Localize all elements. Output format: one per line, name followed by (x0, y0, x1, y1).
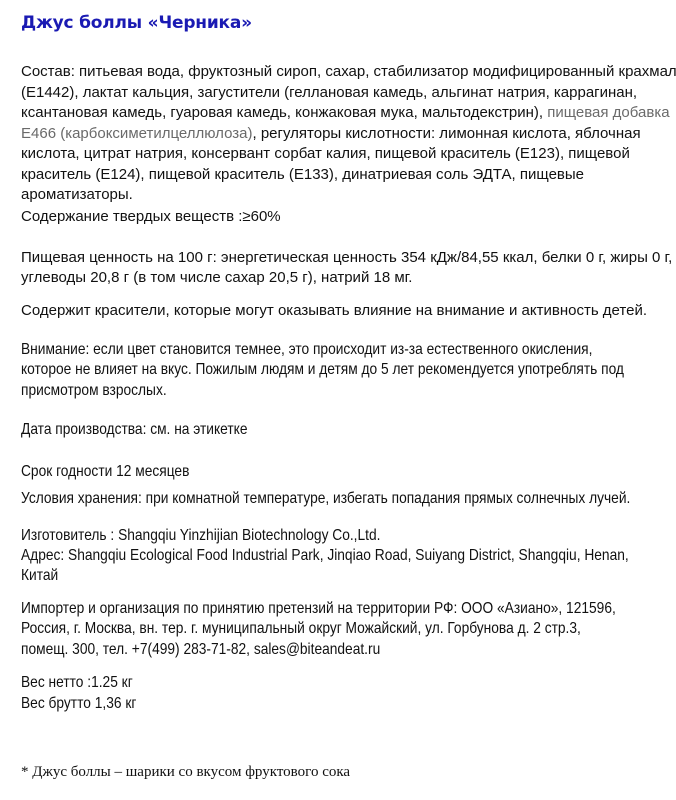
production-date: Дата производства: см. на этикетке (21, 421, 247, 439)
composition-line: E466 (карбоксиметилцеллюлоза), регулятор… (21, 125, 641, 143)
footnote: * Джус боллы – шарики со вкусом фруктово… (21, 764, 350, 781)
composition-line: (E1442), лактат кальция, загустители (ге… (21, 84, 637, 102)
importer-line: Импортер и организация по принятию прете… (21, 600, 616, 618)
composition-text: ксантановая камедь, гуаровая камедь, кон… (21, 104, 547, 121)
composition-line: ароматизаторы. (21, 186, 133, 204)
manufacturer-line: Изготовитель : Shangqiu Yinzhijian Biote… (21, 527, 380, 545)
composition-line: кислота, цитрат натрия, консервант сорба… (21, 145, 630, 163)
storage-conditions: Условия хранения: при комнатной температ… (21, 490, 630, 508)
attention-line: которое не влияет на вкус. Пожилым людям… (21, 361, 624, 379)
composition-line: ксантановая камедь, гуаровая камедь, кон… (21, 104, 670, 122)
importer-line: помещ. 300, тел. +7(499) 283-71-82, sale… (21, 641, 380, 659)
nutrition-line: углеводы 20,8 г (в том числе сахар 20,5 … (21, 269, 412, 287)
importer-line: Россия, г. Москва, вн. тер. г. муниципал… (21, 620, 581, 638)
solids-content: Содержание твердых веществ :≥60% (21, 208, 281, 226)
composition-line: Состав: питьевая вода, фруктозный сироп,… (21, 63, 676, 81)
attention-line: Внимание: если цвет становится темнее, э… (21, 341, 592, 359)
shelf-life: Срок годности 12 месяцев (21, 463, 189, 481)
attention-line: присмотром взрослых. (21, 382, 167, 400)
colorants-warning: Содержит красители, которые могут оказыв… (21, 302, 647, 320)
additive-highlight: E466 (карбоксиметилцеллюлоза) (21, 125, 252, 142)
product-title: Джус боллы «Черника» (21, 13, 252, 33)
composition-line: краситель (E124), пищевой краситель (E13… (21, 166, 584, 184)
composition-text: краситель (E124), пищевой краситель (E13… (21, 166, 584, 183)
additive-highlight: пищевая добавка (547, 104, 669, 121)
manufacturer-line: Адрес: Shangqiu Ecological Food Industri… (21, 547, 629, 565)
composition-text: Состав: питьевая вода, фруктозный сироп,… (21, 63, 676, 80)
composition-text: ароматизаторы. (21, 186, 133, 203)
net-weight: Вес нетто :1.25 кг (21, 674, 133, 692)
composition-text: , регуляторы кислотности: лимонная кисло… (252, 125, 640, 142)
composition-text: (E1442), лактат кальция, загустители (ге… (21, 84, 637, 101)
composition-text: кислота, цитрат натрия, консервант сорба… (21, 145, 630, 162)
gross-weight: Вес брутто 1,36 кг (21, 695, 136, 713)
manufacturer-line: Китай (21, 567, 58, 585)
nutrition-line: Пищевая ценность на 100 г: энергетическа… (21, 249, 672, 267)
